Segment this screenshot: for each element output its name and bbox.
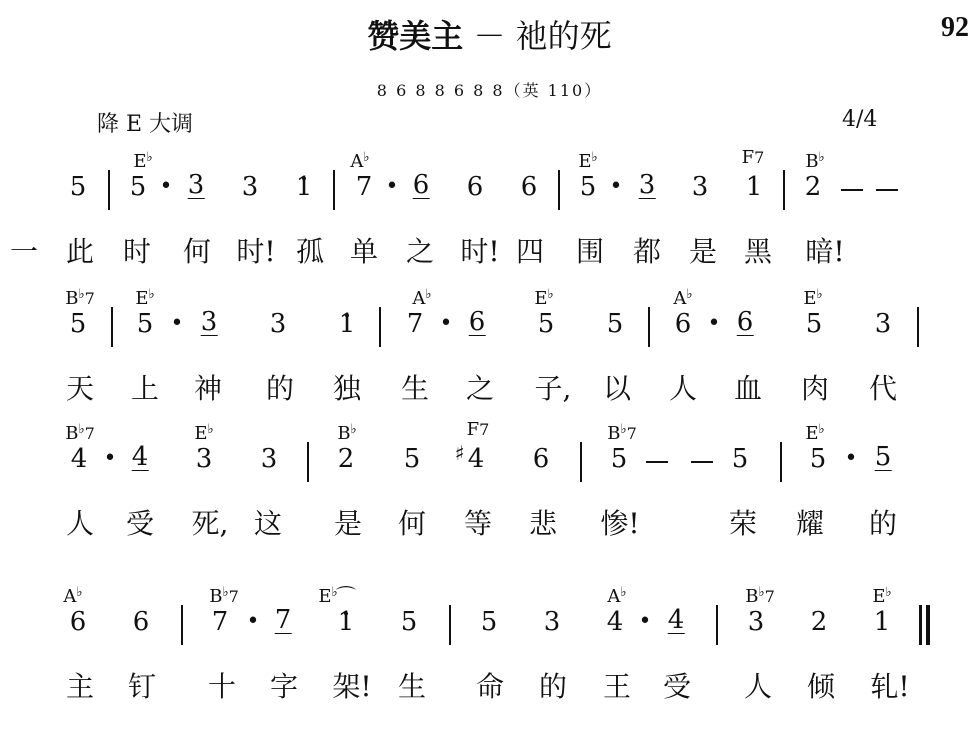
dotted-rhythm-dot: • — [160, 174, 173, 199]
chord-symbol: A♭ — [63, 583, 82, 607]
note: 2 — [811, 607, 828, 637]
note: 6 — [469, 309, 486, 336]
hymn-title: 赞美主 － 祂的死 — [0, 14, 979, 58]
chord-symbol: B♭ — [337, 420, 356, 444]
dotted-rhythm-dot: • — [845, 446, 858, 471]
lyric-syllable: 暗! — [805, 230, 844, 270]
chord-symbol: E♭ — [872, 583, 891, 607]
chord-symbol: F7 — [467, 420, 490, 440]
chord-symbol: A♭ — [673, 285, 692, 309]
chord-symbol: E♭ — [194, 420, 213, 444]
note: 6 — [133, 607, 150, 637]
chord-symbol: E♭ — [318, 583, 337, 607]
title-main: 赞美主 — [367, 17, 463, 55]
lyric-syllable: 主 — [66, 665, 94, 705]
lyric-syllable: 之 — [406, 230, 434, 270]
lyric-syllable: 架! — [332, 665, 371, 705]
note: 5 — [806, 309, 823, 339]
dotted-rhythm-dot: • — [708, 311, 721, 336]
note: 7 — [356, 172, 373, 202]
barline — [333, 170, 335, 210]
chord-symbol: A♭ — [412, 285, 431, 309]
note: 3 — [692, 172, 709, 202]
lyric-syllable: 围 — [576, 230, 604, 270]
lyric-syllable: 一 — [10, 230, 38, 270]
lyric-syllable: 以 — [603, 367, 631, 407]
note: 5 — [538, 309, 555, 339]
note: 2 — [805, 172, 822, 202]
note: 5 — [875, 444, 892, 471]
lyric-syllable: 生 — [398, 665, 426, 705]
note: 4 — [668, 607, 685, 634]
note: 5 — [481, 607, 498, 637]
chord-symbol: A♭ — [350, 148, 369, 172]
note: 6 — [413, 172, 430, 199]
note: 6 — [533, 444, 550, 474]
note: 7 — [407, 309, 424, 339]
octave-dot: • — [300, 165, 308, 195]
dotted-rhythm-dot: • — [386, 174, 399, 199]
dotted-rhythm-dot: • — [639, 609, 652, 634]
barline — [108, 170, 110, 210]
dotted-rhythm-dot: • — [104, 446, 117, 471]
key-signature: 降 E 大调 — [97, 107, 193, 138]
note: 3 — [270, 309, 287, 339]
barline — [917, 307, 919, 347]
title-subtitle: 祂的死 — [516, 17, 612, 55]
barline — [307, 442, 309, 482]
note: 4 — [607, 607, 624, 637]
chord-symbol: E♭ — [578, 148, 597, 172]
note: 1•⌒ — [338, 607, 355, 637]
barline — [780, 442, 782, 482]
note: 4 — [71, 444, 88, 474]
lyric-syllable: 人 — [66, 502, 94, 542]
lyric-syllable: 的 — [869, 502, 897, 542]
chord-symbol: A♭ — [607, 583, 626, 607]
lyric-syllable: 之 — [466, 367, 494, 407]
lyric-syllable: 字 — [270, 665, 298, 705]
chord-symbol: E♭ — [805, 420, 824, 444]
note: 4 — [132, 444, 149, 471]
chord-symbol: B♭7 — [607, 420, 637, 444]
note: 5 — [810, 444, 827, 474]
lyric-syllable: 黑 — [744, 230, 772, 270]
fermata-icon: ⌒ — [336, 581, 356, 611]
note: 1 — [874, 607, 891, 637]
lyric-syllable: 血 — [734, 367, 762, 407]
barline — [783, 170, 785, 210]
chord-symbol: B♭7 — [745, 583, 775, 607]
chord-symbol: E♭ — [534, 285, 553, 309]
chord-symbol: B♭7 — [65, 285, 95, 309]
chord-symbol: E♭ — [133, 148, 152, 172]
note: 3 — [261, 444, 278, 474]
chord-symbol: E♭ — [803, 285, 822, 309]
lyric-syllable: 肉 — [801, 367, 829, 407]
lyric-syllable: 受 — [663, 665, 691, 705]
lyric-syllable: 时! — [460, 230, 499, 270]
lyric-syllable: 人 — [669, 367, 697, 407]
lyric-syllable: 单 — [350, 230, 378, 270]
dotted-rhythm-dot: • — [171, 311, 184, 336]
lyric-syllable: 天 — [66, 367, 94, 407]
lyric-syllable: 是 — [334, 502, 362, 542]
note: 1• — [339, 309, 356, 339]
lyric-syllable: 受 — [126, 502, 154, 542]
title-separator: － — [473, 17, 505, 55]
note: 1• — [296, 172, 313, 202]
note: 5 — [70, 309, 87, 339]
barline — [181, 605, 183, 645]
lyric-syllable: 的 — [266, 367, 294, 407]
barline — [111, 307, 113, 347]
note: 3 — [544, 607, 561, 637]
sharp-icon: ♯ — [455, 438, 465, 468]
note: 2 — [338, 444, 355, 474]
lyric-syllable: 的 — [539, 665, 567, 705]
lyric-syllable: 神 — [194, 367, 222, 407]
note: 3 — [875, 309, 892, 339]
lyric-syllable: 这 — [254, 502, 282, 542]
chord-symbol: B♭ — [805, 148, 824, 172]
lyric-syllable: 十 — [208, 665, 236, 705]
note: 5 — [130, 172, 147, 202]
barline — [580, 442, 582, 482]
note: 7 — [275, 607, 292, 634]
note: 5 — [611, 444, 628, 474]
sustain-dash — [691, 461, 713, 463]
dotted-rhythm-dot: • — [610, 174, 623, 199]
note: 6 — [70, 607, 87, 637]
lyric-syllable: 耀 — [796, 502, 824, 542]
note: 5 — [70, 172, 87, 202]
barline — [716, 605, 718, 645]
lyric-syllable: 惨! — [600, 502, 639, 542]
note: 3 — [242, 172, 259, 202]
note: 1 — [746, 172, 763, 202]
dotted-rhythm-dot: • — [440, 311, 453, 336]
lyric-syllable: 生 — [401, 367, 429, 407]
lyric-syllable: 是 — [689, 230, 717, 270]
note: 3 — [639, 172, 656, 199]
lyric-syllable: 代 — [869, 367, 897, 407]
sustain-dash — [876, 189, 898, 191]
note: 5 — [404, 444, 421, 474]
note: 3 — [196, 444, 213, 474]
lyric-syllable: 钉 — [128, 665, 156, 705]
lyric-syllable: 时! — [236, 230, 275, 270]
chord-symbol: F7 — [742, 148, 765, 168]
sustain-dash — [841, 189, 863, 191]
lyric-syllable: 等 — [464, 502, 492, 542]
lyric-syllable: 荣 — [729, 502, 757, 542]
note: 7 — [212, 607, 229, 637]
lyric-syllable: 何 — [183, 230, 211, 270]
lyric-syllable: 命 — [476, 665, 504, 705]
lyric-syllable: 此 — [66, 230, 94, 270]
octave-dot: • — [343, 302, 351, 332]
chord-symbol: B♭7 — [65, 420, 95, 444]
note: 5 — [137, 309, 154, 339]
chord-symbol: B♭7 — [209, 583, 239, 607]
lyric-syllable: 悲 — [529, 502, 557, 542]
lyric-syllable: 独 — [333, 367, 361, 407]
sustain-dash — [646, 461, 668, 463]
lyric-syllable: 孤 — [296, 230, 324, 270]
lyric-syllable: 何 — [398, 502, 426, 542]
note: 4♯ — [468, 444, 485, 474]
barline — [449, 605, 451, 645]
note: 3 — [748, 607, 765, 637]
chord-symbol: E♭ — [135, 285, 154, 309]
lyric-syllable: 四 — [516, 230, 544, 270]
note: 3 — [201, 309, 218, 336]
note: 6 — [467, 172, 484, 202]
note: 5 — [732, 444, 749, 474]
dotted-rhythm-dot: • — [247, 609, 260, 634]
lyric-syllable: 王 — [603, 665, 631, 705]
barline — [379, 307, 381, 347]
note: 5 — [580, 172, 597, 202]
meter-label: 8 6 8 8 6 8 8（英 110） — [0, 78, 979, 101]
lyric-syllable: 死, — [192, 502, 229, 542]
note: 6 — [675, 309, 692, 339]
lyric-syllable: 都 — [633, 230, 661, 270]
note: 5 — [607, 309, 624, 339]
barline — [648, 307, 650, 347]
lyric-syllable: 轧! — [870, 665, 909, 705]
lyric-syllable: 上 — [131, 367, 159, 407]
lyric-syllable: 倾 — [807, 665, 835, 705]
lyric-syllable: 子, — [535, 367, 572, 407]
time-signature: 4/4 — [842, 107, 877, 132]
barline — [558, 170, 560, 210]
lyric-syllable: 人 — [744, 665, 772, 705]
lyric-syllable: 时 — [123, 230, 151, 270]
note: 6 — [737, 309, 754, 336]
final-double-barline — [919, 605, 930, 645]
hymn-number: 92 — [941, 12, 969, 44]
note: 3 — [188, 172, 205, 199]
note: 5 — [401, 607, 418, 637]
note: 6 — [521, 172, 538, 202]
